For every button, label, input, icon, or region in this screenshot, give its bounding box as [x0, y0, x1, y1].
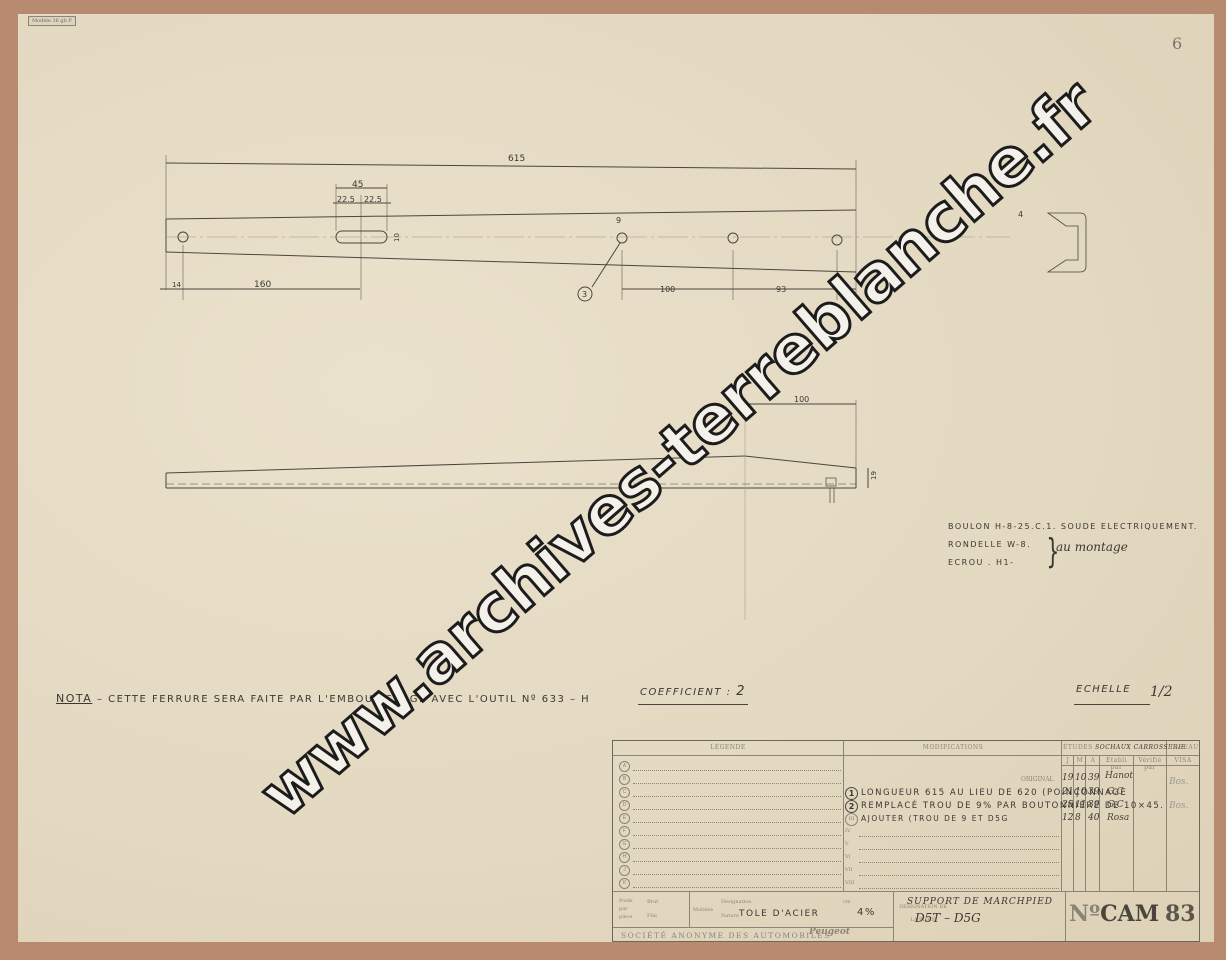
unit-label: cm — [843, 899, 851, 905]
divider — [689, 891, 690, 927]
mod-1-number: 1 — [845, 787, 858, 800]
mod-row-viii: VIII — [845, 878, 1059, 891]
mod-3-month: 8 — [1075, 813, 1081, 823]
divider — [1065, 891, 1066, 941]
legend-row-b: B — [619, 774, 841, 787]
montage-note: au montage — [1056, 540, 1128, 554]
svg-text:4: 4 — [1018, 210, 1023, 219]
col-a: A — [1087, 757, 1099, 764]
svg-text:100: 100 — [660, 285, 675, 294]
company-name: SOCIÉTÉ ANONYME DES AUTOMOBILES — [621, 931, 831, 940]
mod-1-year: 39 — [1088, 787, 1099, 797]
mod-1-by: G.C — [1107, 787, 1124, 797]
divider — [613, 755, 1199, 756]
mod-2-month: 11 — [1075, 800, 1086, 810]
original-month: 10 — [1075, 773, 1086, 783]
mod-1-day: 21 — [1062, 787, 1073, 797]
original-signature: Hanot — [1105, 771, 1133, 781]
svg-text:9: 9 — [616, 216, 621, 225]
legend-row-h: H — [619, 852, 841, 865]
original-day: 19 — [1062, 773, 1073, 783]
hardware-bolt: BOULON H-8-25.C.1. SOUDE ELECTRIQUEMENT. — [948, 518, 1198, 536]
divider — [613, 891, 1199, 892]
legend-row-a: A — [619, 761, 841, 774]
echelle-underline — [1074, 704, 1150, 705]
visa-signature: Bos. — [1169, 801, 1189, 811]
drawing-prefix: Nº — [1069, 901, 1100, 927]
svg-text:22.5: 22.5 — [337, 195, 355, 204]
mod-row-vii: VII — [845, 865, 1059, 878]
legend-row-k: K — [619, 878, 841, 891]
designation-label: Désignation — [721, 899, 751, 905]
legend-row-c: C — [619, 787, 841, 800]
matiere-label: Matière — [693, 907, 713, 913]
mod-3-year: 40 — [1088, 813, 1099, 823]
divider — [843, 741, 844, 891]
legend-row-j: J — [619, 865, 841, 878]
nota-label: NOTA — [56, 692, 92, 705]
legend-row-e: E — [619, 813, 841, 826]
mod-2-year: 39 — [1088, 800, 1099, 810]
mod-3-number: III — [845, 813, 858, 826]
mod-2-day: 25 — [1062, 800, 1073, 810]
fini-label: Fini — [647, 913, 657, 919]
divider — [613, 927, 893, 928]
mod-row-vi: VI — [845, 852, 1059, 865]
dim-slot-width: 45 — [352, 180, 363, 190]
echelle-label: ECHELLE — [1076, 684, 1131, 695]
poids-label: Poids par pièce — [619, 897, 639, 921]
etudes-label: ÉTUDES — [1063, 744, 1093, 751]
svg-text:3: 3 — [582, 290, 587, 299]
dim-overall-length: 615 — [508, 154, 525, 164]
coefficient: COEFFICIENT : 2 — [640, 684, 746, 699]
brand-logo: Peugeot — [809, 927, 850, 937]
modifications-header: MODIFICATIONS — [845, 744, 1061, 751]
divider — [893, 891, 894, 941]
nature-label: Nature — [721, 913, 739, 919]
legend-row-f: F — [619, 826, 841, 839]
col-m: M — [1075, 757, 1085, 764]
original-label: ORIGINAL — [1021, 776, 1054, 783]
svg-text:14: 14 — [172, 281, 181, 289]
echelle-value: 1/2 — [1150, 684, 1173, 700]
legend-row-g: G — [619, 839, 841, 852]
thickness-value: 4% — [857, 907, 876, 918]
drawing-number: 83 — [1165, 901, 1196, 927]
title-block: LÉGENDE MODIFICATIONS ÉTUDES SOCHAUX CAR… — [612, 740, 1200, 942]
divider — [1133, 755, 1134, 891]
divider — [1166, 741, 1167, 891]
nota-note: NOTA – CETTE FERRURE SERA FAITE PAR L'EM… — [56, 692, 590, 705]
bureau-header: BUREAU — [1168, 744, 1198, 751]
mod-row-iv: IV — [845, 826, 1059, 839]
col-j: J — [1063, 757, 1073, 764]
piece-name-line2: D5T – D5G — [915, 911, 981, 925]
svg-text:22.5: 22.5 — [364, 195, 382, 204]
legend-row-d: D — [619, 800, 841, 813]
original-year: 39 — [1088, 773, 1099, 783]
mod-row-v: V — [845, 839, 1059, 852]
piece-name-line1: SUPPORT DE MARCHPIED — [907, 897, 1053, 907]
nature-value: TOLE D'ACIER — [739, 909, 819, 919]
svg-text:93: 93 — [776, 285, 786, 294]
coefficient-label: COEFFICIENT : — [640, 687, 732, 698]
coefficient-underline — [638, 704, 748, 705]
drawing-code-text: CAM — [1100, 901, 1159, 927]
legende-header: LÉGENDE — [613, 744, 843, 751]
mod-1-month: 10 — [1075, 787, 1086, 797]
brut-label: Brut — [647, 899, 658, 905]
drawing-code: NºCAM — [1069, 901, 1159, 927]
mod-3-text: AJOUTER (TROU DE 9 ET D5G — [861, 814, 1009, 823]
mod-2-number: 2 — [845, 800, 858, 813]
col-verifie: Vérifié par — [1134, 757, 1166, 771]
svg-text:160: 160 — [254, 280, 271, 290]
mod-3-day: 12 — [1062, 813, 1073, 823]
hardware-nut: ECROU . H1- — [948, 554, 1198, 572]
mod-3-by: Rosa — [1107, 813, 1129, 823]
mod-2-by: G.C — [1107, 800, 1124, 810]
visa-signature: Bos. — [1169, 777, 1189, 787]
coefficient-value: 2 — [736, 684, 746, 699]
svg-text:10: 10 — [393, 233, 401, 242]
svg-text:19: 19 — [870, 471, 878, 480]
col-etabli: Etabli par — [1100, 757, 1133, 771]
col-visa: VISA — [1168, 757, 1198, 764]
